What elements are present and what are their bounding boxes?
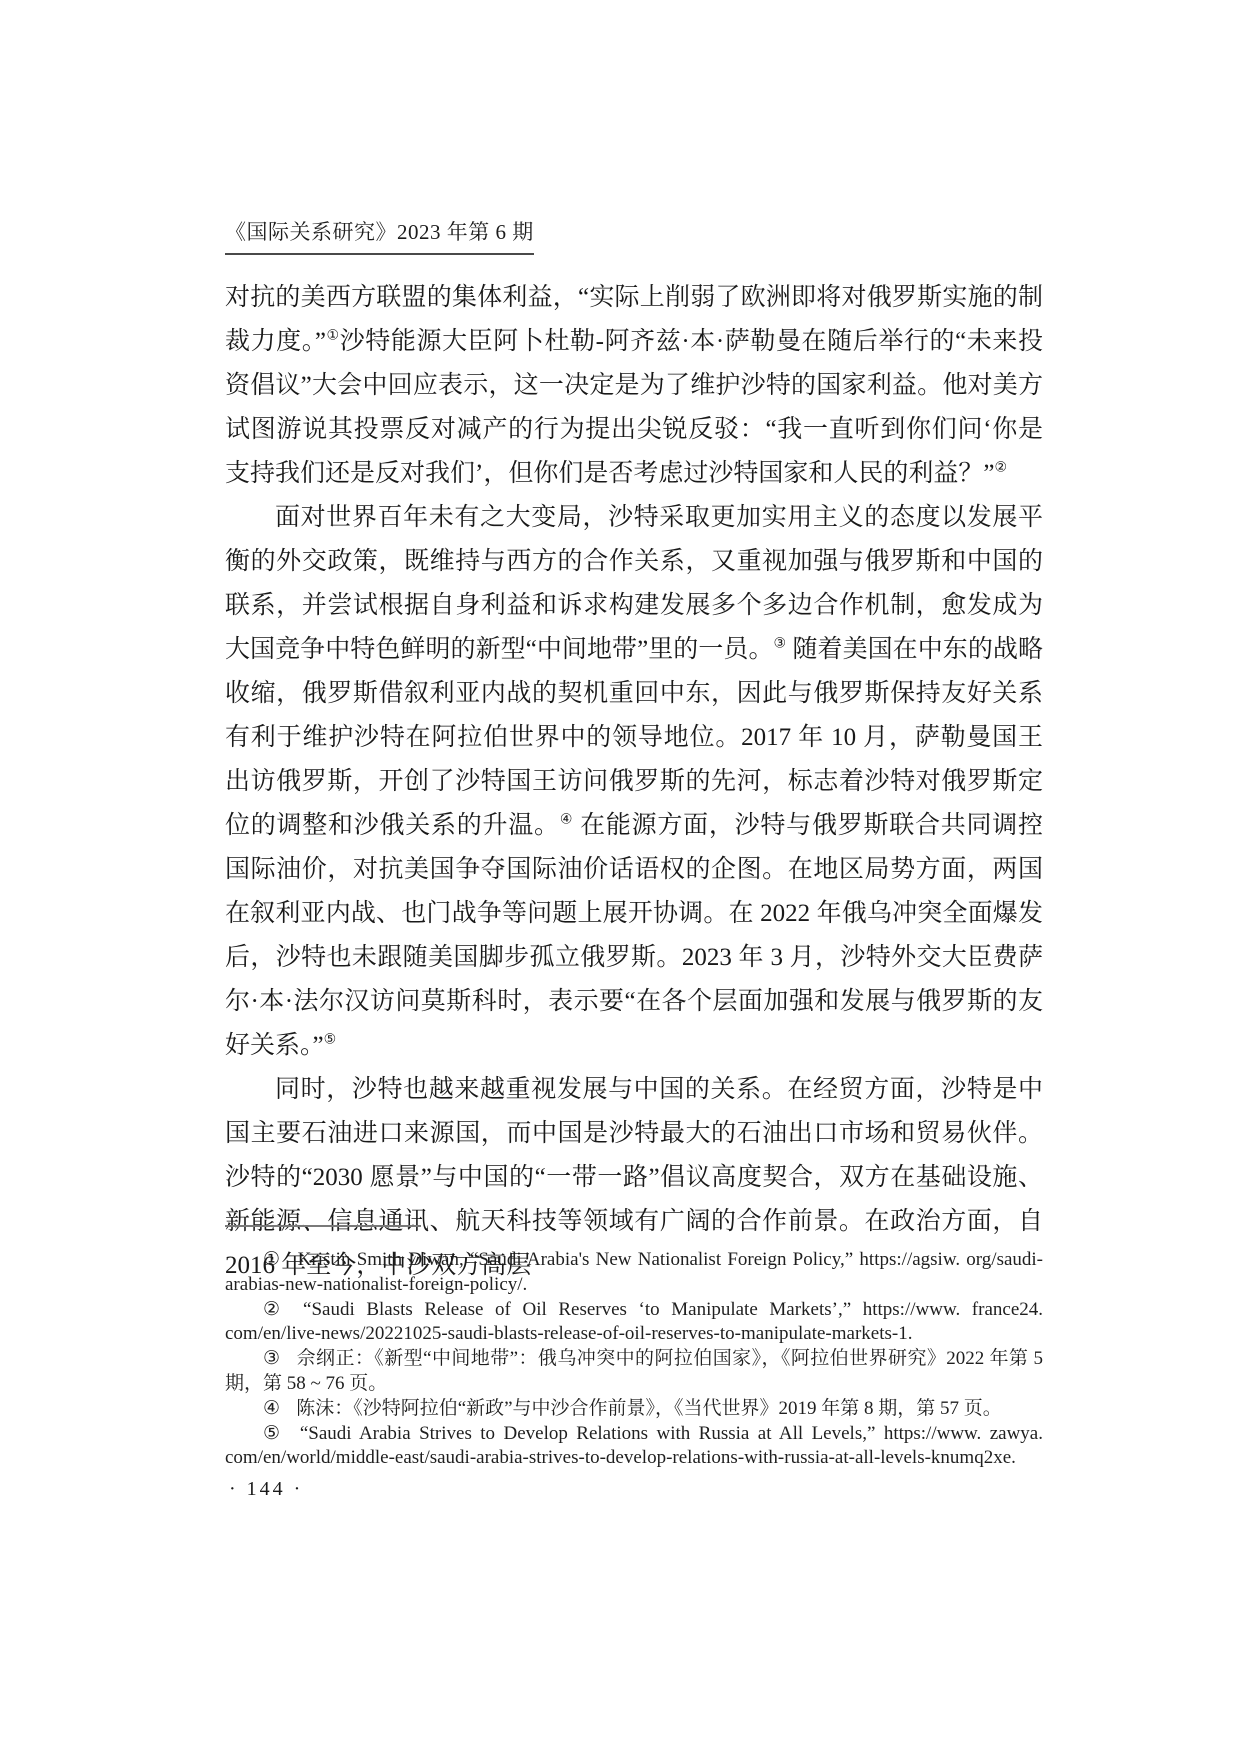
body-paragraph: 面对世界百年未有之大变局，沙特采取更加实用主义的态度以发展平衡的外交政策，既维持… bbox=[225, 496, 1043, 1068]
footnote-number: ② bbox=[263, 1299, 287, 1320]
footnote-marker: ⑤ bbox=[324, 1033, 337, 1048]
footnote-number: ① bbox=[263, 1249, 282, 1270]
page-number: · 144 · bbox=[229, 1478, 303, 1501]
footnote-item: ①Kristin Smith Diwan, “Saudi Arabia's Ne… bbox=[225, 1248, 1043, 1298]
article-body: 对抗的美西方联盟的集体利益，“实际上削弱了欧洲即将对俄罗斯实施的制裁力度。”①沙… bbox=[225, 276, 1043, 1288]
footnote-marker: ④ bbox=[560, 813, 573, 828]
footnote-marker: ③ bbox=[774, 637, 787, 652]
footnotes-section: ①Kristin Smith Diwan, “Saudi Arabia's Ne… bbox=[225, 1248, 1043, 1471]
footnote-divider bbox=[225, 1225, 421, 1227]
footnote-item: ⑤“Saudi Arabia Strives to Develop Relati… bbox=[225, 1422, 1043, 1472]
footnote-item: ④陈沫：《沙特阿拉伯“新政”与中沙合作前景》，《当代世界》2019 年第 8 期… bbox=[225, 1397, 1043, 1422]
footnote-marker: ① bbox=[326, 329, 340, 344]
body-paragraph: 对抗的美西方联盟的集体利益，“实际上削弱了欧洲即将对俄罗斯实施的制裁力度。”①沙… bbox=[225, 276, 1043, 496]
footnote-item: ②“Saudi Blasts Release of Oil Reserves ‘… bbox=[225, 1298, 1043, 1348]
footnote-number: ④ bbox=[263, 1398, 280, 1419]
footnote-text: 佘纲正：《新型“中间地带”：俄乌冲突中的阿拉伯国家》，《阿拉伯世界研究》2022… bbox=[225, 1348, 1043, 1394]
footnote-marker: ② bbox=[994, 461, 1007, 476]
footnote-number: ③ bbox=[263, 1348, 280, 1369]
footnote-text: “Saudi Arabia Strives to Develop Relatio… bbox=[225, 1423, 1043, 1469]
footnote-number: ⑤ bbox=[263, 1423, 284, 1444]
running-header: 《国际关系研究》2023 年第 6 期 bbox=[225, 216, 534, 255]
footnote-text: “Saudi Blasts Release of Oil Reserves ‘t… bbox=[225, 1299, 1043, 1345]
footnote-item: ③佘纲正：《新型“中间地带”：俄乌冲突中的阿拉伯国家》，《阿拉伯世界研究》202… bbox=[225, 1347, 1043, 1397]
footnote-text: Kristin Smith Diwan, “Saudi Arabia's New… bbox=[225, 1249, 1043, 1295]
journal-page: 《国际关系研究》2023 年第 6 期 对抗的美西方联盟的集体利益，“实际上削弱… bbox=[0, 0, 1239, 1753]
footnote-text: 陈沫：《沙特阿拉伯“新政”与中沙合作前景》，《当代世界》2019 年第 8 期，… bbox=[296, 1398, 1002, 1419]
